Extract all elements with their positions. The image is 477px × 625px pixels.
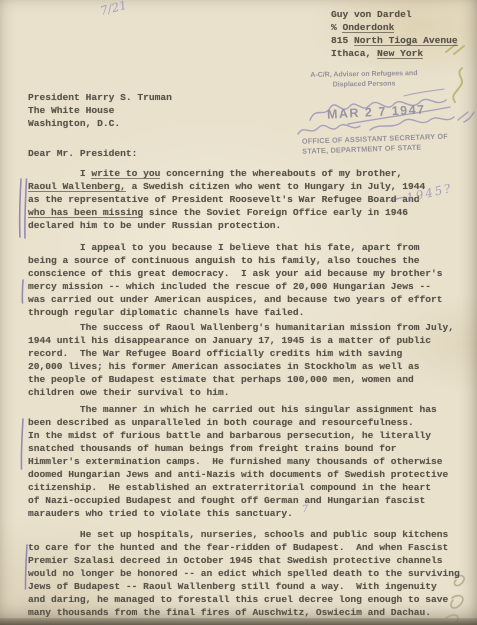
handwritten-top-note: 7/21: [99, 0, 129, 18]
paragraph-5: He set up hospitals, nurseries, schools …: [28, 528, 460, 619]
recipient-address: President Harry S. Truman The White Hous…: [28, 91, 172, 130]
pencil-underline: [91, 178, 160, 179]
date-received-stamp: MAR 2 7 1947: [327, 102, 426, 121]
paragraph-4: The manner in which he carried out his s…: [28, 403, 448, 520]
pencil-underline: [342, 32, 394, 33]
sender-address: Guy von Dardel % Onderdonk 815 North Tio…: [331, 8, 458, 60]
pencil-underline: [28, 217, 143, 218]
letter-page: Guy von Dardel % Onderdonk 815 North Tio…: [0, 0, 477, 625]
margin-pencil-marks: [20, 179, 27, 589]
paragraph-1: I write to you concerning the whereabout…: [28, 167, 425, 232]
salutation: Dear Mr. President:: [28, 147, 137, 160]
pencil-underline: [354, 45, 458, 46]
pencil-underline: [377, 58, 423, 59]
paragraph-3: The success of Raoul Wallenberg's humani…: [28, 321, 454, 399]
refugee-adviser-stamp: A-C/R, Adviser on Refugees and Displaced…: [299, 69, 429, 91]
pencil-underline: [28, 191, 126, 192]
office-of-assistant-secretary-stamp: OFFICE OF ASSISTANT SECRETARY OF STATE, …: [302, 131, 461, 157]
paragraph-2: I appeal to you because I believe that h…: [28, 241, 443, 319]
handwritten-paragraph-note: 7: [301, 504, 308, 516]
